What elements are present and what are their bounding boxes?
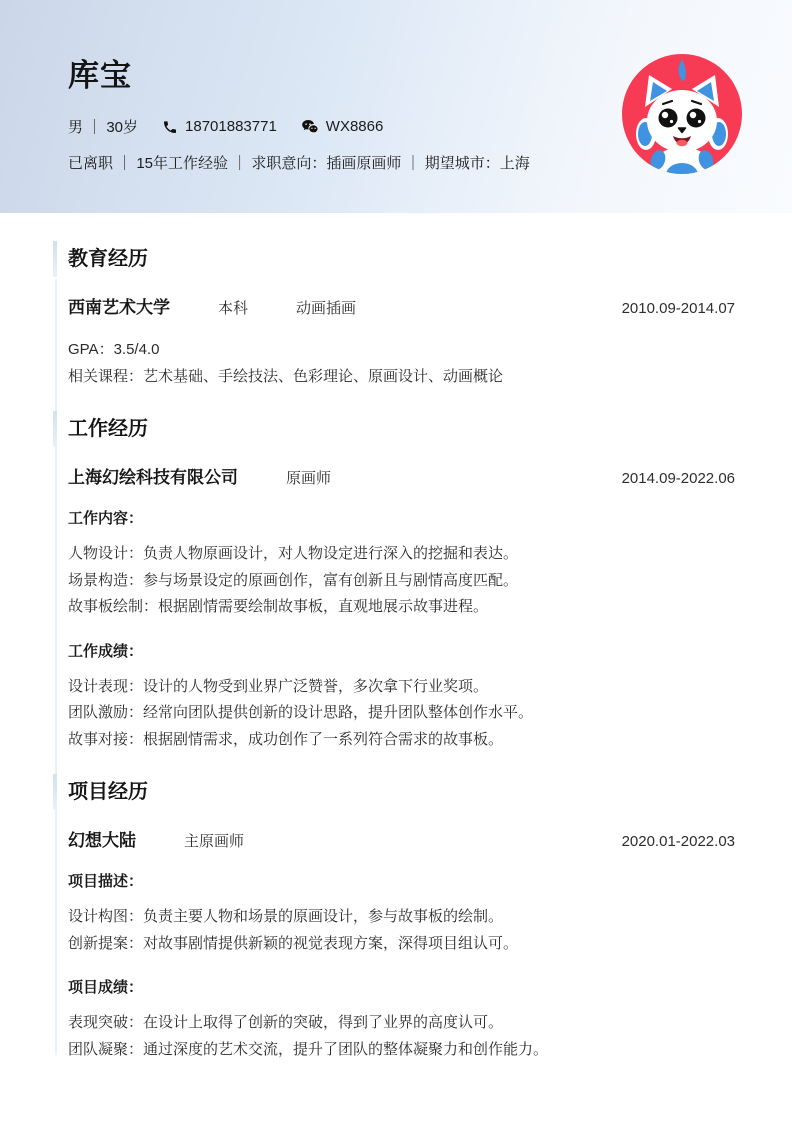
education-entry-header: 西南艺术大学 本科 动画插画 2010.09-2014.07 [68,293,735,318]
company-name: 上海幻绘科技有限公司 [68,463,238,488]
project-achievement-lines: 表现突破：在设计上取得了创新的突破，得到了业界的高度认可。 团队凝聚：通过深度的… [68,1010,735,1063]
section-education: 教育经历 西南艺术大学 本科 动画插画 2010.09-2014.07 GPA：… [68,246,735,390]
section-title-education: 教育经历 [68,246,735,272]
work-line: 设计表现：设计的人物受到业界广泛赞誉，多次拿下行业奖项。 [68,674,735,701]
work-line: 团队激励：经常向团队提供创新的设计思路，提升团队整体创作水平。 [68,700,735,727]
timeline-line [55,279,57,1055]
education-details: GPA：3.5/4.0 相关课程：艺术基础、手绘技法、色彩理论、原画设计、动画概… [68,337,735,390]
phone-number: 18701883771 [185,118,277,135]
section-project: 项目经历 幻想大陆 主原画师 2020.01-2022.03 项目描述： 设计构… [68,779,735,1063]
gender-age-text: 男 ｜ 30岁 [68,116,138,137]
section-title-project: 项目经历 [68,779,735,805]
courses-line: 相关课程：艺术基础、手绘技法、色彩理论、原画设计、动画概论 [68,364,735,391]
project-description-block: 项目描述： 设计构图：负责主要人物和场景的原画设计，参与故事板的绘制。 创新提案… [68,870,735,957]
resume-body: 教育经历 西南艺术大学 本科 动画插画 2010.09-2014.07 GPA：… [0,246,792,1063]
project-line: 表现突破：在设计上取得了创新的突破，得到了业界的高度认可。 [68,1010,735,1037]
school-name: 西南艺术大学 [68,293,170,318]
work-line: 场景构造：参与场景设定的原画创作，富有创新且与剧情高度匹配。 [68,568,735,595]
project-role: 主原画师 [184,830,244,851]
work-content-block: 工作内容： 人物设计：负责人物原画设计，对人物设定进行深入的挖掘和表达。 场景构… [68,507,735,621]
section-title-work: 工作经历 [68,416,735,442]
work-date-range: 2014.09-2022.06 [622,470,735,487]
cat-mascot-icon [622,54,742,174]
project-line: 团队凝聚：通过深度的艺术交流，提升了团队的整体凝聚力和创作能力。 [68,1037,735,1064]
project-date-range: 2020.01-2022.03 [622,833,735,850]
resume-page: 库宝 男 ｜ 30岁 18701883771 [0,0,792,1121]
work-content-label: 工作内容： [68,507,735,528]
work-line: 故事对接：根据剧情需求，成功创作了一系列符合需求的故事板。 [68,727,735,754]
project-description-lines: 设计构图：负责主要人物和场景的原画设计，参与故事板的绘制。 创新提案：对故事剧情… [68,904,735,957]
degree: 本科 [218,297,248,318]
wechat-icon [301,119,319,135]
project-entry-header: 幻想大陆 主原画师 2020.01-2022.03 [68,826,735,851]
job-title: 原画师 [286,467,331,488]
education-date-range: 2010.09-2014.07 [622,300,735,317]
work-achievement-lines: 设计表现：设计的人物受到业界广泛赞誉，多次拿下行业奖项。 团队激励：经常向团队提… [68,674,735,754]
project-line: 创新提案：对故事剧情提供新颖的视觉表现方案，深得项目组认可。 [68,931,735,958]
wechat-id: WX8866 [326,118,384,135]
resume-header: 库宝 男 ｜ 30岁 18701883771 [0,0,792,213]
work-line: 故事板绘制：根据剧情需要绘制故事板，直观地展示故事进程。 [68,594,735,621]
phone-icon [162,119,178,135]
work-achievement-block: 工作成绩： 设计表现：设计的人物受到业界广泛赞誉，多次拿下行业奖项。 团队激励：… [68,640,735,754]
project-name: 幻想大陆 [68,826,136,851]
project-achievement-label: 项目成绩： [68,976,735,997]
avatar [622,54,742,174]
work-line: 人物设计：负责人物原画设计，对人物设定进行深入的挖掘和表达。 [68,541,735,568]
gpa-line: GPA：3.5/4.0 [68,337,735,364]
section-work: 工作经历 上海幻绘科技有限公司 原画师 2014.09-2022.06 工作内容… [68,416,735,753]
work-entry-header: 上海幻绘科技有限公司 原画师 2014.09-2022.06 [68,463,735,488]
project-description-label: 项目描述： [68,870,735,891]
project-line: 设计构图：负责主要人物和场景的原画设计，参与故事板的绘制。 [68,904,735,931]
major: 动画插画 [296,297,356,318]
work-content-lines: 人物设计：负责人物原画设计，对人物设定进行深入的挖掘和表达。 场景构造：参与场景… [68,541,735,621]
work-achievement-label: 工作成绩： [68,640,735,661]
project-achievement-block: 项目成绩： 表现突破：在设计上取得了创新的突破，得到了业界的高度认可。 团队凝聚… [68,976,735,1063]
